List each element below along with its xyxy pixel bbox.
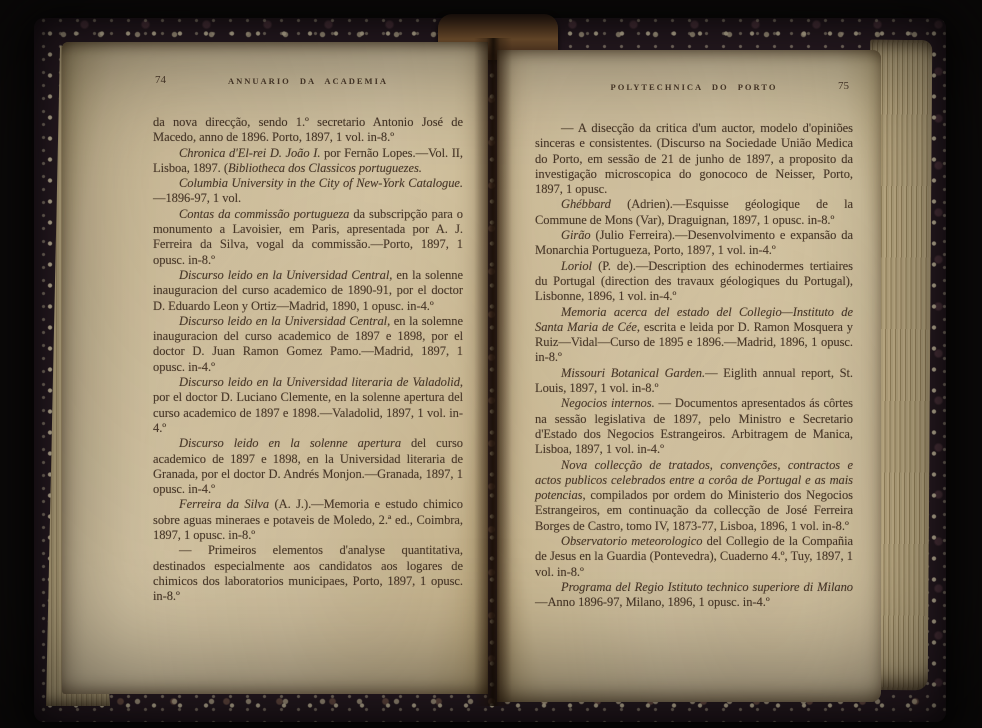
running-header-left: 74 ANNUARIO DA ACADEMIA (153, 76, 463, 86)
paragraph-run-italic: Contas da commissão portugueza (179, 207, 349, 221)
book-paragraph: Observatorio meteorologico del Collegio … (535, 534, 853, 580)
right-page-body-text: — A disecção da critica d'um auctor, mod… (535, 121, 853, 611)
page-number-right: 75 (838, 80, 849, 92)
book-paragraph: Discurso leido en la solenne apertura de… (153, 436, 463, 497)
book-paragraph: Negocios internos. — Documentos apresent… (535, 396, 853, 457)
paragraph-run-italic: Discurso leido en la Universidad Central (179, 268, 389, 282)
running-title-left: ANNUARIO DA ACADEMIA (228, 76, 388, 86)
paragraph-run-italic: Chronica d'El-rei D. João I. (179, 146, 320, 160)
paragraph-run: — Primeiros elementos d'analyse quantita… (153, 543, 463, 603)
book-paragraph: Memoria acerca del estado del Collegio—I… (535, 305, 853, 366)
paragraph-run-italic: Bibliotheca dos Classicos portuguezes. (228, 161, 422, 175)
left-page-body-text: da nova direcção, sendo 1.º secretario A… (153, 115, 463, 605)
left-page-text-column: 74 ANNUARIO DA ACADEMIA da nova direcção… (153, 76, 463, 605)
paragraph-run: —1896-97, 1 vol. (153, 191, 241, 205)
book-paragraph: Nova collecção de tratados, convenções, … (535, 458, 853, 534)
book-paragraph: Programa del Regio Istituto technico sup… (535, 580, 853, 611)
book-paragraph: da nova direcção, sendo 1.º secretario A… (153, 115, 463, 146)
paragraph-run-italic: Programa del Regio Istituto technico sup… (561, 580, 853, 594)
book-paragraph: Columbia University in the City of New-Y… (153, 176, 463, 207)
paragraph-run-italic: Discurso leido en la Universidad Central (179, 314, 387, 328)
book-photo: 74 ANNUARIO DA ACADEMIA da nova direcção… (0, 0, 982, 728)
paragraph-run-italic: Girão (561, 228, 591, 242)
page-number-left: 74 (155, 74, 166, 86)
paragraph-run-italic: Loriol (561, 259, 592, 273)
paragraph-run: —Anno 1896-97, Milano, 1896, 1 opusc. in… (535, 595, 770, 609)
book-paragraph: Missouri Botanical Garden.— Eiglith annu… (535, 366, 853, 397)
paragraph-run-italic: Ghébbard (561, 197, 611, 211)
paragraph-run-italic: Discurso leido en la solenne apertura (179, 436, 401, 450)
book-paragraph: — Primeiros elementos d'analyse quantita… (153, 543, 463, 604)
paragraph-run-italic: Ferreira da Silva (179, 497, 269, 511)
book-paragraph: Discurso leido en la Universidad Central… (153, 268, 463, 314)
gutter-shadow (474, 38, 512, 706)
book-paragraph: — A disecção da critica d'um auctor, mod… (535, 121, 853, 197)
running-title-right: POLYTECHNICA DO PORTO (611, 82, 778, 92)
book-paragraph: Discurso leido en la Universidad literar… (153, 375, 463, 436)
running-header-right: POLYTECHNICA DO PORTO 75 (535, 82, 853, 92)
paragraph-run-italic: Columbia University in the City of New-Y… (179, 176, 463, 190)
book-paragraph: Contas da commissão portugueza da subscr… (153, 207, 463, 268)
book-paragraph: Ferreira da Silva (A. J.).—Memoria e est… (153, 497, 463, 543)
paragraph-run-italic: Discurso leido en la Universidad literar… (179, 375, 460, 389)
book-paragraph: Girão (Julio Ferreira).—Desenvolvimento … (535, 228, 853, 259)
right-page-text-column: POLYTECHNICA DO PORTO 75 — A disecção da… (535, 82, 853, 611)
paragraph-run-italic: Observatorio meteorologico (561, 534, 702, 548)
paragraph-run: da nova direcção, sendo 1.º secretario A… (153, 115, 463, 144)
book-paragraph: Loriol (P. de).—Description des echinode… (535, 259, 853, 305)
book-paragraph: Discurso leido en la Universidad Central… (153, 314, 463, 375)
book-paragraph: Ghébbard (Adrien).—Esquisse géologique d… (535, 197, 853, 228)
paragraph-run-italic: Negocios internos. (561, 396, 655, 410)
paragraph-run-italic: Missouri Botanical Garden. (561, 366, 705, 380)
book-paragraph: Chronica d'El-rei D. João I. por Fernão … (153, 146, 463, 177)
paragraph-run: , compilados por ordem do Ministerio dos… (535, 488, 853, 533)
paragraph-run: — A disecção da critica d'um auctor, mod… (535, 121, 853, 196)
